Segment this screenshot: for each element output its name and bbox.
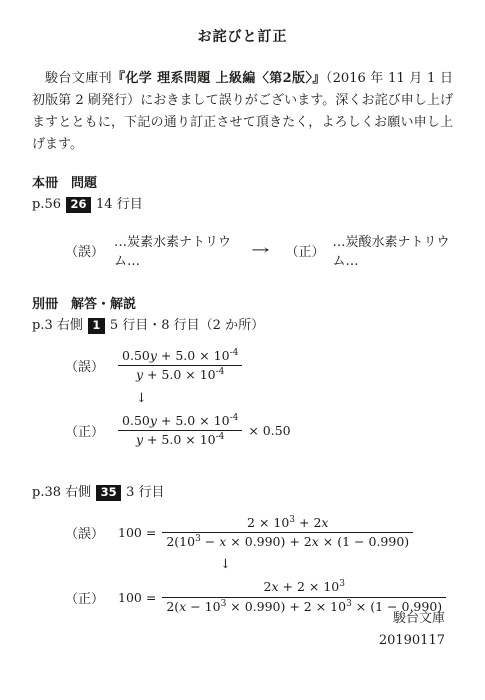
document-date: 20190117: [379, 630, 445, 652]
correct-label: （正）: [65, 588, 104, 607]
correction-arrow-row: ↓: [32, 391, 453, 406]
fraction-numerator: 2x + 2 × 103: [162, 579, 446, 596]
section-main-book: 本冊 問題 p.56 26 14 行目 （誤） …炭素水素ナトリウム… → （正…: [32, 172, 453, 269]
entry-ref-p3: p.3 右側 1 5 行目・8 行目（2 か所）: [32, 316, 453, 336]
correct-formula: （正） 0.50y + 5.0 × 10-4 y + 5.0 × 10-4 × …: [32, 413, 453, 449]
right-arrow: →: [251, 243, 270, 258]
fraction: 0.50y + 5.0 × 10-4 y + 5.0 × 10-4: [118, 413, 242, 449]
entry-p3: p.3 右側 1 5 行目・8 行目（2 か所） （誤） 0.50y + 5.0…: [32, 316, 453, 449]
section-heading-answer-book: 別冊 解答・解説: [32, 293, 453, 312]
correct-label: （正）: [65, 421, 104, 440]
multiplier-suffix: × 0.50: [248, 423, 290, 438]
entry-ref-p56: p.56 26 14 行目: [32, 195, 453, 215]
line-ref: 3 行目: [126, 483, 164, 503]
section-answer-book: 別冊 解答・解説 p.3 右側 1 5 行目・8 行目（2 か所） （誤） 0.…: [32, 293, 453, 615]
errata-document: お詫びと訂正 駿台文庫刊『化学 理系問題 上級編〈第2版〉』（2016 年 11…: [0, 0, 485, 700]
page-title: お詫びと訂正: [32, 26, 453, 46]
section-heading-main-book: 本冊 問題: [32, 172, 453, 191]
entry-p38: p.38 右側 35 3 行目 （誤） 100 = 2 × 103 + 2x 2…: [32, 483, 453, 616]
wrong-label: （誤）: [65, 523, 104, 542]
book-title: 『化学 理系問題 上級編〈第2版〉』: [112, 71, 326, 86]
page-ref: p.3 右側: [32, 316, 83, 336]
footer: 駿台文庫 20190117: [379, 608, 445, 652]
fraction: 0.50y + 5.0 × 10-4 y + 5.0 × 10-4: [118, 348, 242, 384]
intro-paragraph: 駿台文庫刊『化学 理系問題 上級編〈第2版〉』（2016 年 11 月 1 日初…: [32, 68, 453, 156]
down-arrow: ↓: [136, 391, 147, 406]
wrong-text: …炭素水素ナトリウム…: [114, 231, 235, 269]
page-ref: p.38 右側: [32, 483, 91, 503]
fraction-denominator: y + 5.0 × 10-4: [118, 430, 242, 448]
fraction: 2 × 103 + 2x 2(103 − x × 0.990) + 2x × (…: [162, 515, 413, 551]
fraction-denominator: y + 5.0 × 10-4: [118, 365, 242, 383]
wrong-label: （誤）: [65, 356, 104, 375]
correction-arrow-row: ↓: [32, 557, 453, 572]
correct-label: （正）: [285, 241, 324, 260]
fraction-denominator: 2(103 − x × 0.990) + 2x × (1 − 0.990): [162, 532, 413, 550]
fraction-numerator: 2 × 103 + 2x: [162, 515, 413, 532]
fraction-numerator: 0.50y + 5.0 × 10-4: [118, 348, 242, 365]
equation-lhs: 100 =: [118, 525, 156, 540]
equation-lhs: 100 =: [118, 590, 156, 605]
problem-number-badge: 35: [96, 485, 121, 501]
entry-ref-p38: p.38 右側 35 3 行目: [32, 483, 453, 503]
correction-line: （誤） …炭素水素ナトリウム… → （正） …炭酸水素ナトリウム…: [32, 231, 453, 269]
problem-number-badge: 1: [88, 318, 105, 334]
page-ref: p.56: [32, 195, 61, 215]
intro-lead: 駿台文庫刊: [45, 71, 112, 86]
correct-text: …炭酸水素ナトリウム…: [332, 231, 453, 269]
publisher-name: 駿台文庫: [379, 608, 445, 630]
wrong-formula: （誤） 0.50y + 5.0 × 10-4 y + 5.0 × 10-4: [32, 348, 453, 384]
down-arrow: ↓: [220, 557, 231, 572]
fraction-numerator: 0.50y + 5.0 × 10-4: [118, 413, 242, 430]
problem-number-badge: 26: [66, 197, 91, 213]
line-ref: 14 行目: [96, 195, 143, 215]
wrong-label: （誤）: [65, 241, 104, 260]
wrong-formula: （誤） 100 = 2 × 103 + 2x 2(103 − x × 0.990…: [32, 515, 453, 551]
line-ref: 5 行目・8 行目（2 か所）: [110, 316, 264, 336]
